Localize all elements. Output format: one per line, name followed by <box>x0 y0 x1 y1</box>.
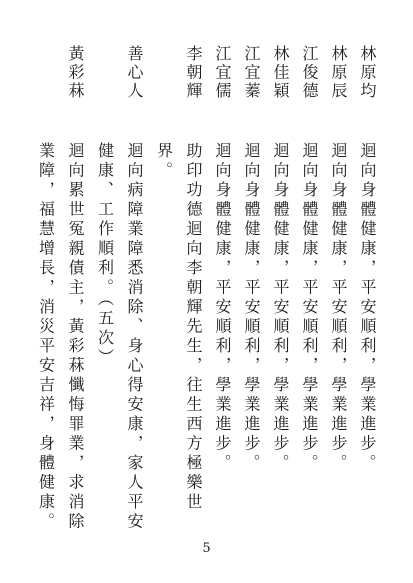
donor-name: 江宜儒 <box>208 45 237 101</box>
book-page: 林原均 迴向身體健康，平安順利，學業進步。 林原辰 迴向身體健康，平安順利，學業… <box>0 0 413 583</box>
donor-name: 江俊德 <box>295 45 324 101</box>
dedication-text: 迴向病障業障悉消除、身心得安康，家人平安健康、工作順利。（五次） <box>90 142 149 534</box>
dedication-text: 迴向身體健康，平安順利，學業進步。 <box>353 142 383 534</box>
dedication-text: 助印功德迴向李朝輝先生，往生西方極樂世界。 <box>149 142 208 517</box>
donor-entry: 李朝輝 助印功德迴向李朝輝先生，往生西方極樂世界。 <box>149 0 208 583</box>
donor-entry: 林原均 迴向身體健康，平安順利，學業進步。 <box>353 0 382 583</box>
dedication-text: 迴向身體健康，平安順利，學業進步。 <box>324 142 354 534</box>
dedication-text: 迴向身體健康，平安順利，學業進步。 <box>266 142 296 534</box>
donor-entry: 江俊德 迴向身體健康，平安順利，學業進步。 <box>295 0 324 583</box>
dedication-list: 林原均 迴向身體健康，平安順利，學業進步。 林原辰 迴向身體健康，平安順利，學業… <box>31 0 382 583</box>
donor-entry: 林佳穎 迴向身體健康，平安順利，學業進步。 <box>266 0 295 583</box>
page-number: 5 <box>202 541 210 556</box>
donor-name: 江宜蓁 <box>237 45 266 101</box>
donor-name: 李朝輝 <box>179 45 208 101</box>
donor-entry: 黃彩菻 迴向累世冤親債主，黃彩菻懺悔罪業，求消除業障，福慧增長，消災平安吉祥，身… <box>31 0 90 583</box>
dedication-text: 迴向身體健康，平安順利，學業進步。 <box>208 142 238 534</box>
donor-name: 善心人 <box>120 45 149 101</box>
donor-entry: 江宜蓁 迴向身體健康，平安順利，學業進步。 <box>237 0 266 583</box>
donor-name: 林原均 <box>353 45 382 101</box>
donor-entry: 林原辰 迴向身體健康，平安順利，學業進步。 <box>324 0 353 583</box>
donor-entry: 江宜儒 迴向身體健康，平安順利，學業進步。 <box>208 0 237 583</box>
dedication-text: 迴向身體健康，平安順利，學業進步。 <box>295 142 325 534</box>
donor-name: 林佳穎 <box>266 45 295 101</box>
dedication-text: 迴向身體健康，平安順利，學業進步。 <box>237 142 267 534</box>
dedication-text: 迴向累世冤親債主，黃彩菻懺悔罪業，求消除業障，福慧增長，消災平安吉祥，身體健康。 <box>31 142 90 534</box>
donor-name: 黃彩菻 <box>61 45 90 101</box>
donor-name: 林原辰 <box>324 45 353 101</box>
donor-entry: 善心人 迴向病障業障悉消除、身心得安康，家人平安健康、工作順利。（五次） <box>90 0 149 583</box>
